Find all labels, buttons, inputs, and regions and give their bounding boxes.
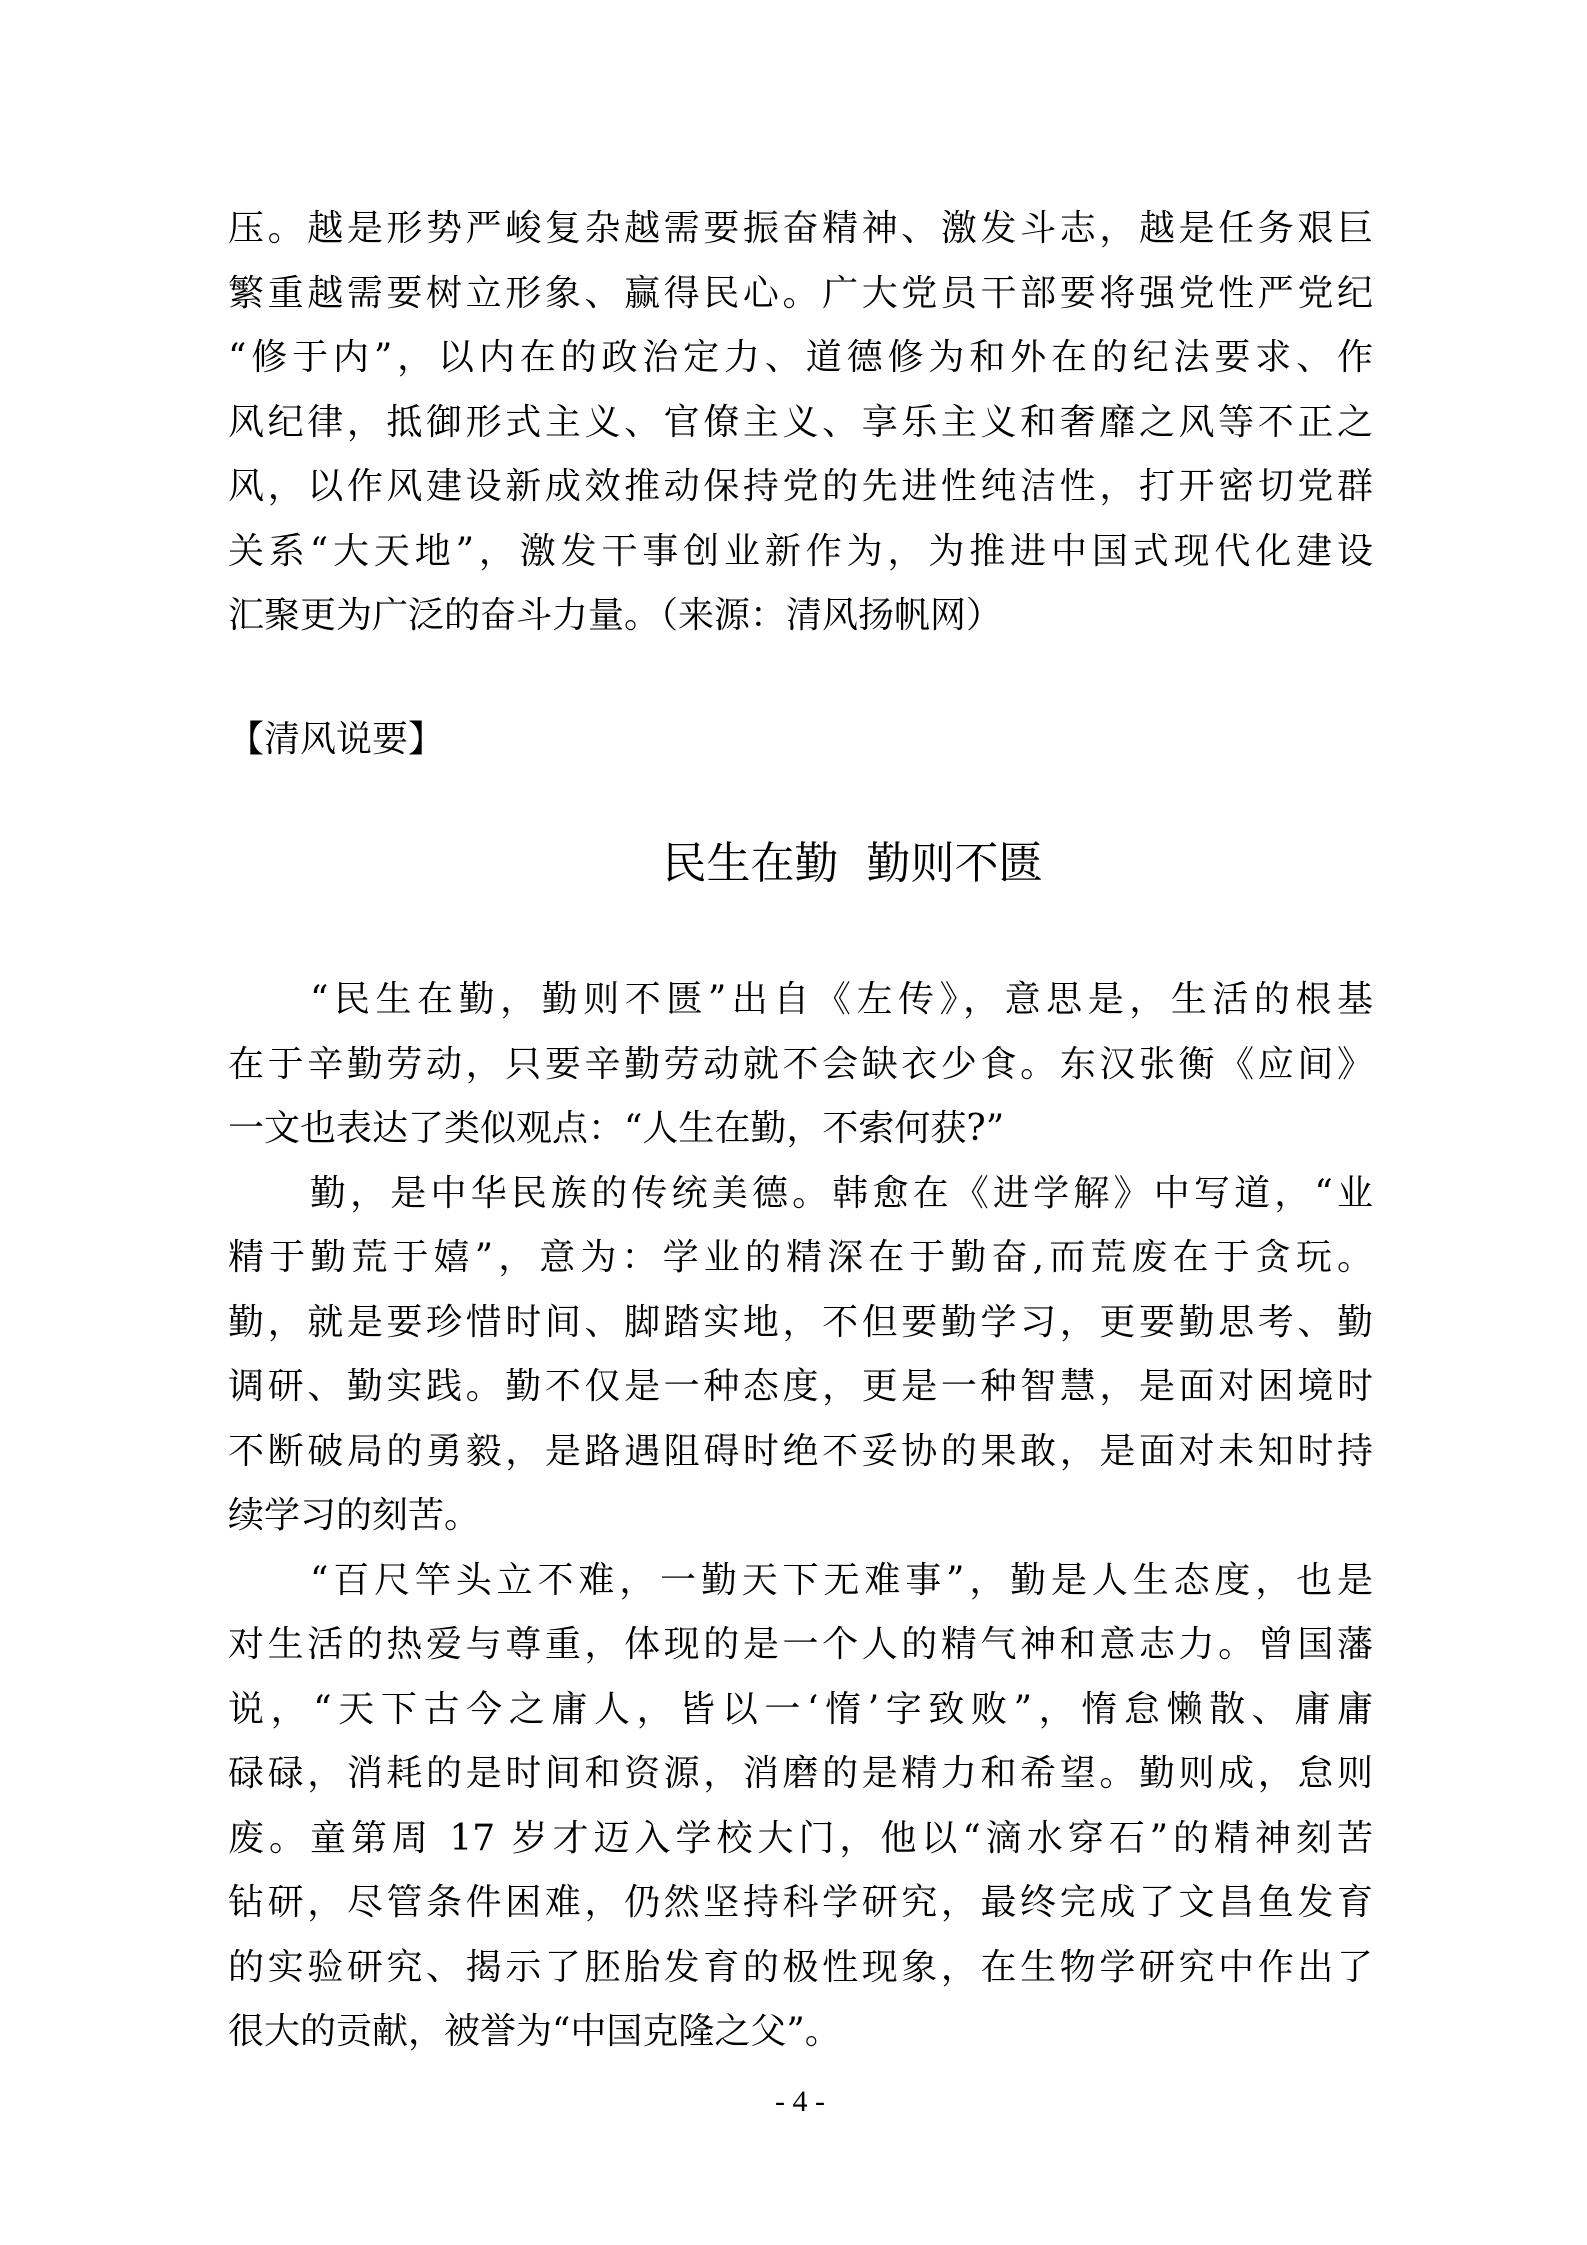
text-line: “百尺竿头立不难，一勤天下无难事”，勤是人生态度，也是 xyxy=(228,1549,1373,1614)
text-line: 勤，是中华民族的传统美德。韩愈在《进学解》中写道，“业 xyxy=(228,1162,1373,1227)
article-paragraph: 勤，是中华民族的传统美德。韩愈在《进学解》中写道，“业 精于勤荒于嬉”，意为：学… xyxy=(228,1162,1373,1549)
text-line: 碌碌，消耗的是时间和资源，消磨的是精力和希望。勤则成，怠则 xyxy=(228,1742,1373,1807)
text-line: 说，“天下古今之庸人，皆以一‘惰’字致败”，惰怠懒散、庸庸 xyxy=(228,1678,1373,1743)
text-line: 勤，就是要珍惜时间、脚踏实地，不但要勤学习，更要勤思考、勤 xyxy=(228,1291,1373,1356)
text-line: “修于内”，以内在的政治定力、道德修为和外在的纪法要求、作 xyxy=(228,326,1373,391)
text-line: 风纪律，抵御形式主义、官僚主义、享乐主义和奢靡之风等不正之 xyxy=(228,391,1373,456)
page-number: - 4 - xyxy=(0,2082,1587,2122)
text-line: 压。越是形势严峻复杂越需要振奋精神、激发斗志，越是任务艰巨 xyxy=(228,197,1373,262)
text-line: 不断破局的勇毅，是路遇阻碍时绝不妥协的果敢，是面对未知时持 xyxy=(228,1420,1373,1485)
text-line-source: 汇聚更为广泛的奋斗力量。（来源：清风扬帆网） xyxy=(228,584,1373,649)
article-body: “民生在勤，勤则不匮”出自《左传》，意思是，生活的根基 在于辛勤劳动，只要辛勤劳… xyxy=(228,968,1373,2065)
text-line: 对生活的热爱与尊重，体现的是一个人的精气神和意志力。曾国藩 xyxy=(228,1613,1373,1678)
article-title: 民生在勤 勤则不匮 xyxy=(228,832,1373,896)
text-line: 繁重越需要树立形象、赢得民心。广大党员干部要将强党性严党纪 xyxy=(228,262,1373,327)
section-label: 【清风说要】 xyxy=(228,708,444,772)
text-line: 精于勤荒于嬉”，意为：学业的精深在于勤奋,而荒废在于贪玩。 xyxy=(228,1226,1373,1291)
text-line: 很大的贡献，被誉为“中国克隆之父”。 xyxy=(228,2000,1373,2065)
previous-section-paragraph: 压。越是形势严峻复杂越需要振奋精神、激发斗志，越是任务艰巨 繁重越需要树立形象、… xyxy=(228,197,1373,649)
text-line: 在于辛勤劳动，只要辛勤劳动就不会缺衣少食。东汉张衡《应间》 xyxy=(228,1033,1373,1098)
text-line: 废。童第周 17 岁才迈入学校大门，他以“滴水穿石”的精神刻苦 xyxy=(228,1807,1373,1872)
text-line: 风，以作风建设新成效推动保持党的先进性纯洁性，打开密切党群 xyxy=(228,455,1373,520)
article-paragraph: “民生在勤，勤则不匮”出自《左传》，意思是，生活的根基 在于辛勤劳动，只要辛勤劳… xyxy=(228,968,1373,1162)
text-line: 调研、勤实践。勤不仅是一种态度，更是一种智慧，是面对困境时 xyxy=(228,1355,1373,1420)
article-paragraph: “百尺竿头立不难，一勤天下无难事”，勤是人生态度，也是 对生活的热爱与尊重，体现… xyxy=(228,1549,1373,2065)
text-line: 关系“大天地”，激发干事创业新作为，为推进中国式现代化建设 xyxy=(228,520,1373,585)
text-line: 钻研，尽管条件困难，仍然坚持科学研究，最终完成了文昌鱼发育 xyxy=(228,1871,1373,1936)
text-line: “民生在勤，勤则不匮”出自《左传》，意思是，生活的根基 xyxy=(228,968,1373,1033)
text-line: 续学习的刻苦。 xyxy=(228,1484,1373,1549)
text-line: 一文也表达了类似观点：“人生在勤，不索何获?” xyxy=(228,1097,1373,1162)
document-page: 压。越是形势严峻复杂越需要振奋精神、激发斗志，越是任务艰巨 繁重越需要树立形象、… xyxy=(0,0,1587,2245)
text-line: 的实验研究、揭示了胚胎发育的极性现象，在生物学研究中作出了 xyxy=(228,1936,1373,2001)
